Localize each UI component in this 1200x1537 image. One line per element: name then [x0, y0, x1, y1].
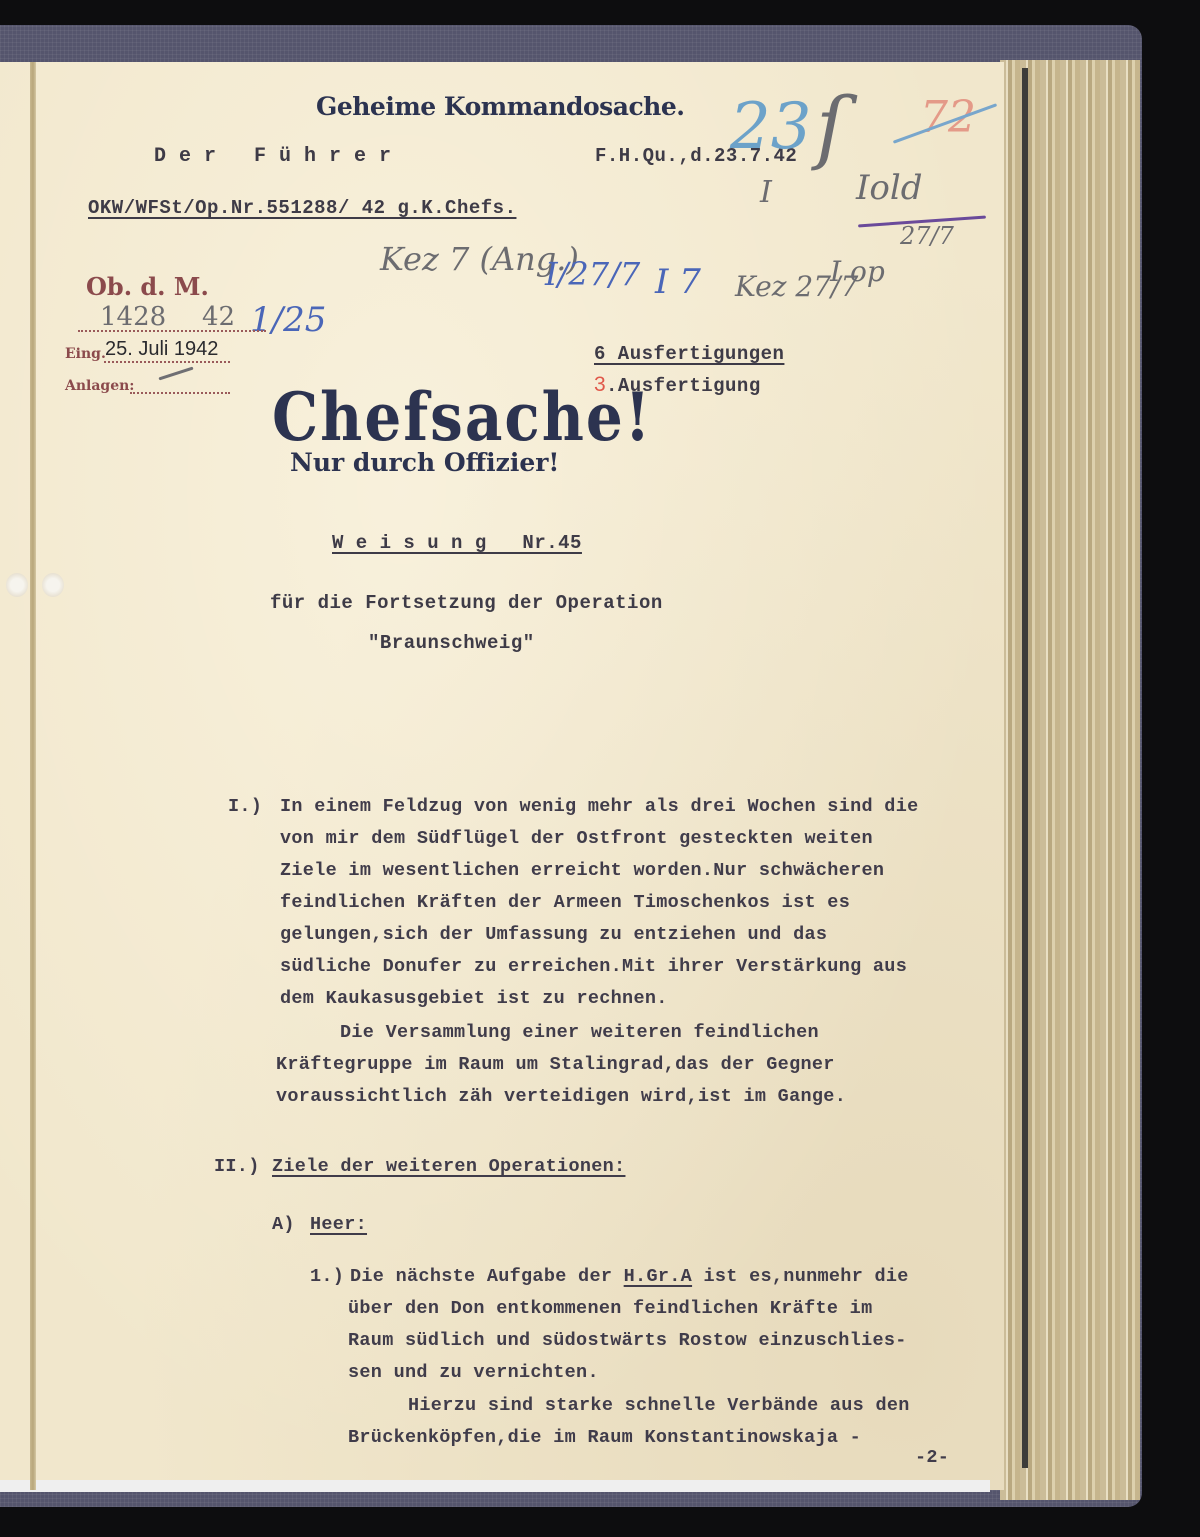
blue-pencil-note: I/27/7 — [545, 255, 640, 293]
body-line: Die nächste Aufgabe der H.Gr.A ist es,nu… — [350, 1266, 909, 1287]
directive-title: W e i s u n g Nr.45 — [332, 532, 582, 554]
header-stamp: Geheime Kommandosache. — [316, 92, 684, 121]
stamp-dotline — [104, 361, 230, 363]
body-line: Ziele im wesentlichen erreicht worden.Nu… — [280, 860, 884, 881]
page-stack — [1000, 60, 1140, 1500]
sender: D e r F ü h r e r — [154, 145, 392, 168]
received-label: Eing. — [65, 346, 106, 362]
section-2-heading: Ziele der weiteren Operationen: — [272, 1156, 625, 1177]
text-fragment: ist es,nunmehr die — [692, 1266, 909, 1287]
reference-number: OKW/WFSt/Op.Nr.551288/ 42 g.K.Chefs. — [88, 197, 516, 219]
body-line: Brückenköpfen,die im Raum Konstantinowsk… — [348, 1427, 861, 1448]
folio-number: 23 — [730, 90, 811, 164]
body-line: Kräftegruppe im Raum um Stalingrad,das d… — [276, 1054, 835, 1075]
body-line: sen und zu vernichten. — [348, 1362, 599, 1383]
receipt-year: 42 — [202, 302, 235, 332]
body-line: Raum südlich und südostwärts Rostow einz… — [348, 1330, 907, 1351]
body-line: Hierzu sind starke schnelle Verbände aus… — [408, 1395, 910, 1416]
army-group-a: H.Gr.A — [624, 1266, 692, 1287]
body-line: Die Versammlung einer weiteren feindlich… — [340, 1022, 819, 1043]
body-line: dem Kaukasusgebiet ist zu rechnen. — [280, 988, 668, 1009]
pencil-note: 27/7 — [900, 222, 954, 250]
pencil-flourish: ſ — [816, 80, 846, 173]
item-1-label: 1.) — [310, 1266, 344, 1287]
section-2-label: II.) — [214, 1156, 260, 1177]
section-1-label: I.) — [228, 796, 262, 817]
body-line: In einem Feldzug von wenig mehr als drei… — [280, 796, 919, 817]
pencil-note: Kez 27/7 — [735, 270, 858, 303]
receipt-office: Ob. d. M. — [86, 272, 209, 301]
subtitle-line-2: "Braunschweig" — [368, 632, 535, 654]
pencil-note: Iold — [856, 168, 923, 208]
subtitle-line-1: für die Fortsetzung der Operation — [270, 592, 663, 614]
body-line: von mir dem Südflügel der Ostfront geste… — [280, 828, 873, 849]
pencil-note: I — [760, 175, 772, 210]
attachments-label: Anlagen: — [65, 378, 134, 394]
received-date: 25. Juli 1942 — [105, 338, 218, 361]
body-line: über den Don entkommenen feindlichen Krä… — [348, 1298, 872, 1319]
punch-hole — [42, 573, 64, 597]
blue-pencil-note: 1/25 — [250, 300, 326, 340]
divider-sheet — [1022, 68, 1028, 1468]
classification-stamp-subtitle: Nur durch Offizier! — [290, 448, 559, 477]
receipt-number: 1428 — [100, 302, 166, 332]
text-fragment: Die nächste Aufgabe der — [350, 1266, 624, 1287]
page-continuation: -2- — [915, 1447, 949, 1468]
fold-line — [30, 62, 36, 1490]
old-folio-number: 72 — [920, 92, 976, 143]
body-line: voraussichtlich zäh verteidigen wird,ist… — [276, 1086, 846, 1107]
stamp-dotline — [130, 392, 230, 394]
subsection-a-heading: Heer: — [310, 1214, 367, 1235]
blue-pencil-note: I 7 — [655, 262, 701, 302]
body-line: feindlichen Kräften der Armeen Timoschen… — [280, 892, 850, 913]
punch-hole — [6, 573, 28, 597]
body-line: gelungen,sich der Umfassung zu entziehen… — [280, 924, 827, 945]
copies-total: 6 Ausfertigungen — [594, 343, 784, 365]
classification-stamp-title: Chefsache! — [272, 378, 652, 456]
subsection-a-label: A) — [272, 1214, 295, 1235]
page-edge — [0, 1480, 990, 1492]
body-line: südliche Donufer zu erreichen.Mit ihrer … — [280, 956, 907, 977]
stamp-dotline — [78, 330, 266, 332]
